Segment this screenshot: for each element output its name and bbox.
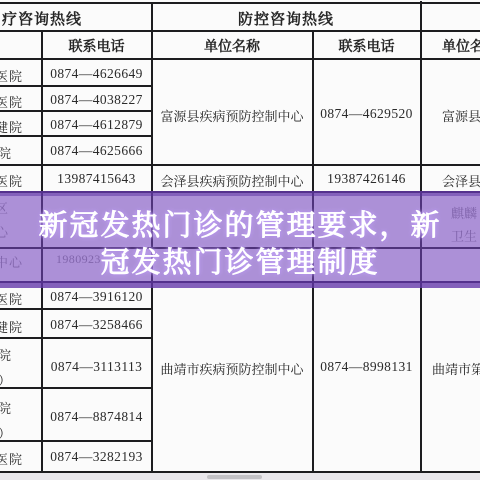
column-header-phone-left: 联系电话 [42, 36, 151, 56]
table-border [0, 164, 480, 166]
cdc-phone-cell: 0874—4629520 [313, 106, 420, 122]
overlay-bottom-strip [0, 281, 480, 288]
table-border [0, 337, 152, 339]
table-border [0, 85, 152, 87]
phone-cell: 0874—3258466 [42, 317, 151, 333]
screenshot-root: 疗咨询热线 防控咨询热线 联系电话 单位名称 联系电话 单位名 医院 医院 健院… [0, 0, 480, 480]
column-header-phone-center: 联系电话 [313, 36, 420, 56]
clipped-next-row-text [207, 475, 262, 479]
hospital-name-partial: 健院 [0, 317, 40, 336]
hospital-name-partial: ） [0, 423, 40, 442]
cdc-unit-cell: 富源县疾病预防控制中心 [152, 106, 312, 125]
phone-cell: 0874—3916120 [42, 289, 151, 305]
table-border [0, 308, 152, 310]
group-header-prevention-hotline: 防控咨询热线 [152, 8, 420, 29]
phone-cell: 0874—8874814 [42, 409, 151, 425]
phone-cell: 0874—4038227 [42, 92, 151, 108]
hospital-name-partial: 医院 [0, 92, 40, 111]
table-border [0, 58, 480, 60]
cdc-phone-cell: 0874—8998131 [313, 359, 420, 375]
phone-cell: 0874—4612879 [42, 117, 151, 133]
hospital-name-partial: 院 [0, 345, 40, 364]
column-header-unit-right: 单位名 [442, 36, 480, 56]
table-border [0, 30, 480, 32]
hospital-name-partial: 院 [0, 143, 40, 162]
phone-cell: 0874—4625666 [42, 143, 151, 159]
phone-cell: 13987415643 [42, 171, 151, 187]
group-header-medical-hotline: 疗咨询热线 [2, 8, 82, 29]
hospital-name-partial: 医院 [0, 66, 40, 85]
right-unit-partial: 曲靖市第 [432, 359, 480, 378]
hospital-name-partial: 医院 [0, 289, 40, 308]
cdc-unit-cell: 会泽县疾病预防控制中心 [152, 171, 312, 190]
column-header-unit-name: 单位名称 [152, 36, 312, 56]
hospital-name-partial: 健院 [0, 117, 40, 136]
overlay-title-line2: 冠发热门诊管理制度 [0, 240, 480, 281]
phone-cell: 0874—3282193 [42, 449, 151, 465]
hospital-name-partial: 医院 [0, 171, 40, 190]
hospital-name-partial: 医院 [0, 449, 40, 468]
overlay-title-line1: 新冠发热门诊的管理要求，新 [0, 203, 480, 244]
overlay-top-strip [0, 191, 480, 196]
right-unit-partial: 会泽县 [442, 171, 480, 190]
table-border [0, 2, 480, 4]
hospital-name-partial: ） [0, 370, 40, 389]
cdc-phone-cell: 19387426146 [313, 171, 420, 187]
right-unit-partial: 富源县 [442, 106, 480, 125]
phone-cell: 0874—4626649 [42, 66, 151, 82]
hospital-name-partial: 院 [0, 398, 40, 417]
phone-cell: 0874—3113113 [42, 359, 151, 375]
cdc-unit-cell: 曲靖市疾病预防控制中心 [152, 359, 312, 378]
